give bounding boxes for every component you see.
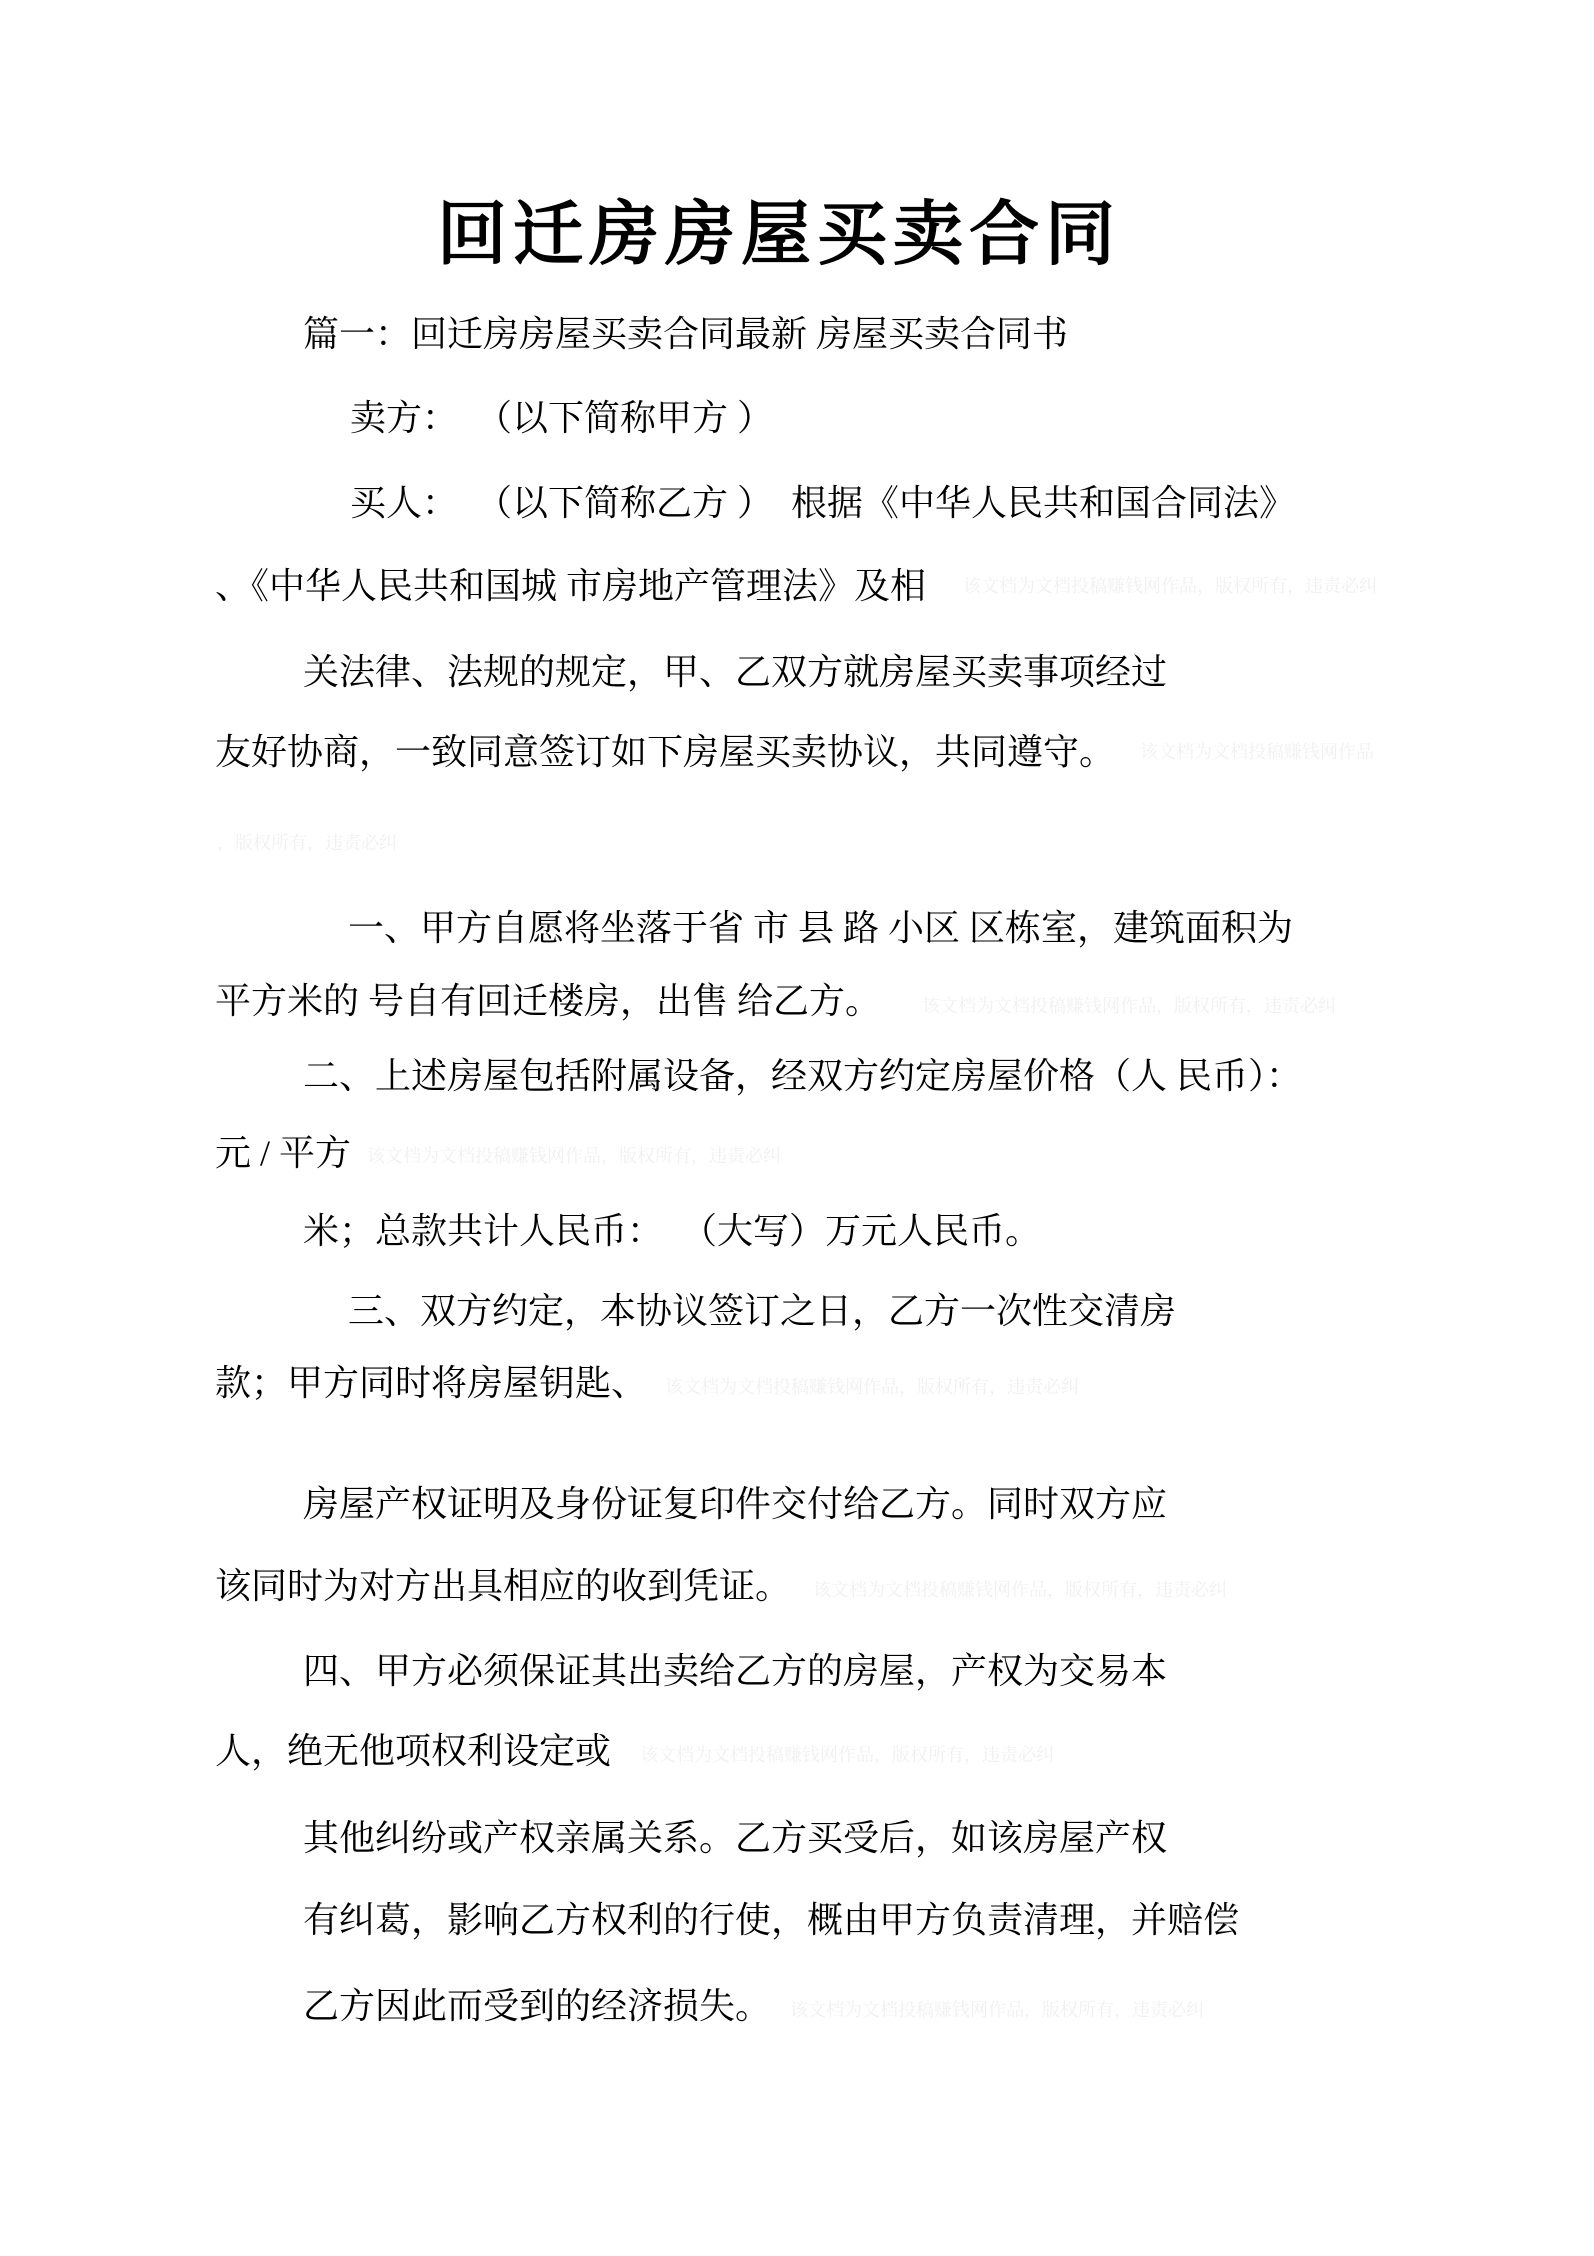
contract-line: 买人： （以下简称乙方 ） 根据《中华人民共和国合同法》 xyxy=(350,483,1295,524)
watermark-text: ，版权所有，违责必纠 xyxy=(217,833,397,855)
watermark-text: 该文档为文档投稿赚钱网作品，版权所有，违责必纠 xyxy=(665,1377,1079,1399)
document-title: 回迁房房屋买卖合同 xyxy=(437,196,1121,273)
watermark-text: 该文档为文档投稿赚钱网作品，版权所有，违责必纠 xyxy=(367,1146,781,1168)
watermark-text: 该文档为文档投稿赚钱网作品，版权所有，违责必纠 xyxy=(640,1745,1054,1767)
watermark-text: 该文档为文档投稿赚钱网作品 xyxy=(1140,742,1374,764)
contract-line: 卖方： （以下简称甲方 ） xyxy=(350,398,773,439)
contract-line: 四、甲方必须保证其出卖给乙方的房屋，产权为交易本 xyxy=(303,1651,1167,1692)
contract-line: 元 / 平方 xyxy=(215,1133,351,1174)
contract-line: 有纠葛，影响乙方权利的行使，概由甲方负责清理，并赔偿 xyxy=(303,1900,1239,1941)
contract-line: 、《中华人民共和国城 市房地产管理法》及相 xyxy=(215,566,926,607)
contract-line: 款；甲方同时将房屋钥匙、 xyxy=(215,1363,647,1404)
contract-line: 三、双方约定，本协议签订之日，乙方一次性交清房 xyxy=(348,1291,1176,1332)
contract-line: 一、甲方自愿将坐落于省 市 县 路 小区 区栋室，建筑面积为 xyxy=(348,908,1293,949)
contract-line: 房屋产权证明及身份证复印件交付给乙方。同时双方应 xyxy=(303,1484,1167,1525)
watermark-text: 该文档为文档投稿赚钱网作品，版权所有，违责必纠 xyxy=(813,1580,1227,1602)
contract-line: 平方米的 号自有回迁楼房，出售 给乙方。 xyxy=(215,981,881,1022)
contract-line: 篇一：回迁房房屋买卖合同最新 房屋买卖合同书 xyxy=(303,314,1068,355)
contract-line: 米；总款共计人民币： （大写）万元人民币。 xyxy=(303,1211,1041,1252)
contract-line: 关法律、法规的规定，甲、乙双方就房屋买卖事项经过 xyxy=(303,652,1167,693)
watermark-text: 该文档为文档投稿赚钱网作品，版权所有，违责必纠 xyxy=(922,996,1336,1018)
contract-line: 友好协商，一致同意签订如下房屋买卖协议，共同遵守。 xyxy=(215,732,1115,773)
contract-line: 其他纠纷或产权亲属关系。乙方买受后，如该房屋产权 xyxy=(303,1818,1167,1859)
contract-line: 乙方因此而受到的经济损失。 xyxy=(303,1986,771,2027)
document-page: 回迁房房屋买卖合同 篇一：回迁房房屋买卖合同最新 房屋买卖合同书 卖方： （以下… xyxy=(0,0,1594,2256)
contract-line: 人，绝无他项权利设定或 xyxy=(215,1731,611,1772)
contract-line: 该同时为对方出具相应的收到凭证。 xyxy=(215,1566,791,1607)
contract-line: 二、上述房屋包括附属设备，经双方约定房屋价格（人 民币）： xyxy=(303,1056,1302,1097)
watermark-text: 该文档为文档投稿赚钱网作品，版权所有，违责必纠 xyxy=(790,2000,1204,2022)
watermark-text: 该文档为文档投稿赚钱网作品，版权所有，违责必纠 xyxy=(963,576,1377,598)
